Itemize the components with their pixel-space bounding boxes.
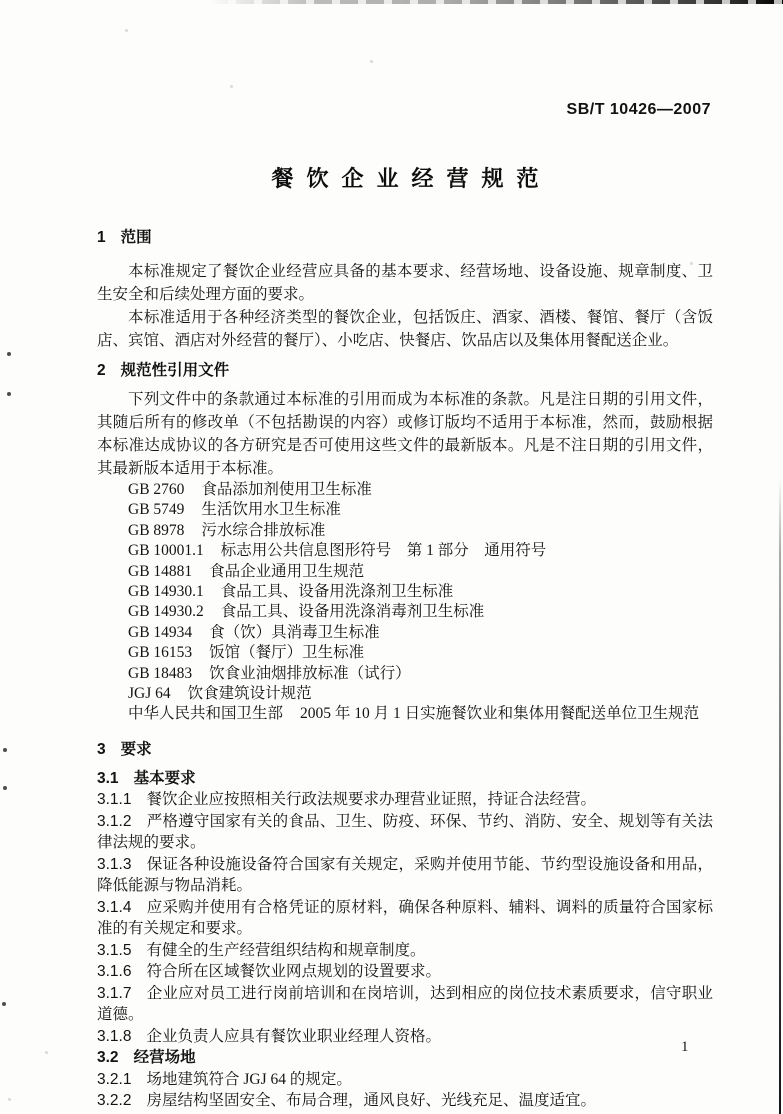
- scan-speck: [45, 1051, 48, 1054]
- clause-row: 3.1.8企业负责人应具有餐饮业职业经理人资格。: [97, 1026, 713, 1048]
- references-intro: 下列文件中的条款通过本标准的引用而成为本标准的条款。凡是注日期的引用文件，其随后…: [97, 388, 713, 480]
- scan-speck: [8, 1098, 11, 1101]
- reference-title: 饭馆（餐厅）卫生标准: [209, 644, 364, 661]
- reference-title: 饮食业油烟排放标准（试行）: [209, 665, 411, 682]
- clause-text: 房屋结构坚固安全、布局合理，通风良好、光线充足、温度适宜。: [146, 1092, 596, 1109]
- clause-row: 3.1.2严格遵守国家有关的食品、卫生、防疫、环保、节约、消防、安全、规划等有关…: [97, 811, 713, 854]
- reference-code: GB 16153: [128, 644, 192, 661]
- clause-row: 3.1.4应采购并使用有合格凭证的原材料，确保各种原料、辅料、调料的质量符合国家…: [97, 897, 713, 940]
- clause-number: 3.1.3: [97, 856, 131, 873]
- clause-number: 3.1.7: [97, 985, 131, 1002]
- reference-title: 污水综合排放标准: [201, 522, 325, 539]
- clause-number: 3.2.2: [97, 1092, 131, 1109]
- reference-item: 中华人民共和国卫生部2005 年 10 月 1 日实施餐饮业和集体用餐配送单位卫…: [128, 704, 713, 724]
- section-references-title: 规范性引用文件: [121, 362, 230, 379]
- reference-item: GB 16153饭馆（餐厅）卫生标准: [128, 643, 713, 663]
- clause-row: 3.1.1餐饮企业应按照相关行政法规要求办理营业证照，持证合法经营。: [97, 789, 713, 811]
- reference-title: 2005 年 10 月 1 日实施餐饮业和集体用餐配送单位卫生规范: [300, 705, 699, 722]
- clause-text: 场地建筑符合 JGJ 64 的规定。: [146, 1071, 351, 1088]
- section-scope-title: 范围: [121, 229, 152, 246]
- reference-title: 食（饮）具消毒卫生标准: [209, 624, 380, 641]
- reference-code: JGJ 64: [128, 685, 171, 702]
- clause-number: 3.2: [97, 1049, 119, 1066]
- reference-item: GB 14930.2食品工具、设备用洗涤消毒剂卫生标准: [128, 602, 713, 622]
- clause-row: 3.2经营场地: [97, 1047, 713, 1069]
- reference-title: 饮食建筑设计规范: [188, 685, 312, 702]
- clause-text: 企业负责人应具有餐饮业职业经理人资格。: [146, 1028, 441, 1045]
- clause-number: 3.1.2: [97, 813, 131, 830]
- reference-title: 食品工具、设备用洗涤消毒剂卫生标准: [221, 603, 485, 620]
- clause-number: 3.1.5: [97, 942, 131, 959]
- scan-speck: [3, 748, 7, 752]
- reference-title: 食品添加剂使用卫生标准: [201, 481, 372, 498]
- scan-speck: [7, 392, 11, 396]
- reference-item: GB 8978污水综合排放标准: [128, 521, 713, 541]
- reference-item: GB 10001.1标志用公共信息图形符号 第 1 部分 通用符号: [128, 541, 713, 561]
- page-number: 1: [681, 1039, 689, 1056]
- clause-row: 3.2.1场地建筑符合 JGJ 64 的规定。: [97, 1069, 713, 1091]
- reference-code: GB 2760: [128, 481, 184, 498]
- clause-number: 3.1.8: [97, 1028, 131, 1045]
- reference-item: GB 5749生活饮用水卫生标准: [128, 500, 713, 520]
- reference-code: GB 14881: [128, 563, 192, 580]
- reference-item: GB 14934食（饮）具消毒卫生标准: [128, 623, 713, 643]
- reference-item: GB 2760食品添加剂使用卫生标准: [128, 480, 713, 500]
- document-page: SB/T 10426—2007 餐饮企业经营规范 1范围 本标准规定了餐饮企业经…: [0, 0, 783, 1114]
- reference-code: GB 18483: [128, 665, 192, 682]
- clause-text: 应采购并使用有合格凭证的原材料，确保各种原料、辅料、调料的质量符合国家标准的有关…: [97, 899, 713, 938]
- content-column: 餐饮企业经营规范 1范围 本标准规定了餐饮企业经营应具备的基本要求、经营场地、设…: [97, 0, 713, 1112]
- reference-code: GB 8978: [128, 522, 184, 539]
- doc-title: 餐饮企业经营规范: [97, 164, 713, 194]
- clauses-list: 3.1基本要求 3.1.1餐饮企业应按照相关行政法规要求办理营业证照，持证合法经…: [97, 768, 713, 1112]
- references-list: GB 2760食品添加剂使用卫生标准 GB 5749生活饮用水卫生标准 GB 8…: [97, 480, 713, 725]
- reference-title: 食品工具、设备用洗涤剂卫生标准: [221, 583, 454, 600]
- scan-speck: [7, 352, 11, 356]
- reference-item: GB 14881食品企业通用卫生规范: [128, 562, 713, 582]
- section-requirements-title: 要求: [121, 741, 152, 758]
- reference-item: JGJ 64饮食建筑设计规范: [128, 684, 713, 704]
- clause-row: 3.1基本要求: [97, 768, 713, 790]
- reference-title: 食品企业通用卫生规范: [209, 563, 364, 580]
- clause-text: 企业应对员工进行岗前培训和在岗培训，达到相应的岗位技术素质要求，信守职业道德。: [97, 985, 713, 1024]
- reference-code: GB 14934: [128, 624, 192, 641]
- clause-text: 符合所在区域餐饮业网点规划的设置要求。: [146, 963, 441, 980]
- clause-number: 3.2.1: [97, 1071, 131, 1088]
- reference-item: GB 18483饮食业油烟排放标准（试行）: [128, 664, 713, 684]
- section-requirements-heading: 3要求: [97, 739, 713, 761]
- clause-number: 3.1.6: [97, 963, 131, 980]
- reference-code: GB 14930.2: [128, 603, 204, 620]
- scan-speck: [3, 786, 7, 790]
- scan-speck: [2, 1002, 6, 1006]
- section-references-number: 2: [97, 362, 106, 379]
- clause-text: 餐饮企业应按照相关行政法规要求办理营业证照，持证合法经营。: [146, 791, 596, 808]
- reference-code: GB 10001.1: [128, 542, 204, 559]
- reference-title: 生活饮用水卫生标准: [201, 501, 341, 518]
- clause-text: 保证各种设施设备符合国家有关规定，采购并使用节能、节约型设施设备和用品，降低能源…: [97, 856, 713, 895]
- reference-code: 中华人民共和国卫生部: [128, 705, 283, 722]
- section-scope-number: 1: [97, 229, 106, 246]
- reference-item: GB 14930.1食品工具、设备用洗涤剂卫生标准: [128, 582, 713, 602]
- section-references-heading: 2规范性引用文件: [97, 360, 713, 382]
- scan-artifact-right-edge: [779, 478, 781, 1114]
- clause-row: 3.1.5有健全的生产经营组织结构和规章制度。: [97, 940, 713, 962]
- reference-title: 标志用公共信息图形符号 第 1 部分 通用符号: [221, 542, 547, 559]
- reference-code: GB 14930.1: [128, 583, 204, 600]
- clause-row: 3.1.7企业应对员工进行岗前培训和在岗培训，达到相应的岗位技术素质要求，信守职…: [97, 983, 713, 1026]
- clause-text: 基本要求: [134, 770, 196, 787]
- scope-paragraph-2: 本标准适用于各种经济类型的餐饮企业，包括饭庄、酒家、酒楼、餐馆、餐厅（含饭店、宾…: [97, 306, 713, 352]
- clause-number: 3.1: [97, 770, 119, 787]
- scope-paragraph-1: 本标准规定了餐饮企业经营应具备的基本要求、经营场地、设备设施、规章制度、卫生安全…: [97, 260, 713, 306]
- reference-code: GB 5749: [128, 501, 184, 518]
- section-scope-heading: 1范围: [97, 227, 713, 249]
- clause-text: 经营场地: [134, 1049, 196, 1066]
- section-requirements-number: 3: [97, 741, 106, 758]
- clause-row: 3.1.6符合所在区域餐饮业网点规划的设置要求。: [97, 961, 713, 983]
- clause-number: 3.1.1: [97, 791, 131, 808]
- clause-row: 3.2.2房屋结构坚固安全、布局合理，通风良好、光线充足、温度适宜。: [97, 1090, 713, 1112]
- clause-number: 3.1.4: [97, 899, 131, 916]
- clause-text: 严格遵守国家有关的食品、卫生、防疫、环保、节约、消防、安全、规划等有关法律法规的…: [97, 813, 713, 852]
- clause-row: 3.1.3保证各种设施设备符合国家有关规定，采购并使用节能、节约型设施设备和用品…: [97, 854, 713, 897]
- clause-text: 有健全的生产经营组织结构和规章制度。: [146, 942, 425, 959]
